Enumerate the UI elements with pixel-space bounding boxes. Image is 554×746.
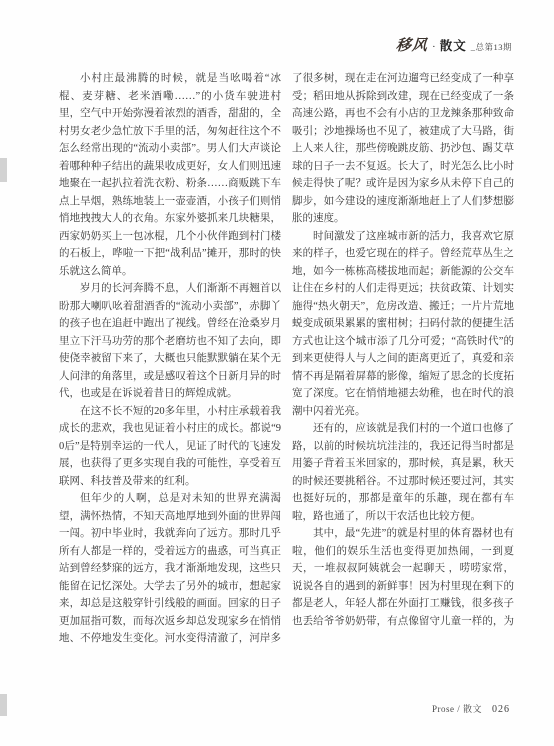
paragraph: 在这不长不短的20多年里，小村庄承载着我成长的悲欢，我也见证着小村庄的成长。都说…: [59, 403, 281, 491]
page-number: 026: [492, 704, 510, 715]
masthead: 移风 · 散文 _总第13期: [396, 34, 512, 55]
left-edge-tab-lower: [0, 694, 7, 716]
magazine-page: 移风 · 散文 _总第13期 小村庄最沸腾的时候，就是当吆喝着“冰棍、麦芽糖、老…: [0, 0, 554, 746]
footer-section-label: Prose / 散文: [432, 702, 482, 715]
masthead-separator: ·: [432, 41, 436, 53]
left-edge-tab-upper: [0, 158, 7, 182]
section-title: 散文: [440, 36, 467, 54]
magazine-logo: 移风: [395, 34, 428, 55]
article-columns: 小村庄最沸腾的时候，就是当吆喝着“冰棍、麦芽糖、老米酒嘞……”的小货车驶进村里，…: [59, 70, 514, 662]
paragraph: 小村庄最沸腾的时候，就是当吆喝着“冰棍、麦芽糖、老米酒嘞……”的小货车驶进村里，…: [59, 70, 281, 280]
paragraph: 还有的，应该就是我们村的一个道口也修了路，以前的时候坑坑洼洼的，我还记得当时都是…: [292, 420, 514, 525]
paragraph: 岁月的长河奔腾不息，人们渐渐不再翘首以盼那大喇叭吆着甜酒香的“流动小卖部”，赤脚…: [59, 280, 281, 403]
page-footer: Prose / 散文 026: [432, 702, 510, 715]
paragraph: 时间激发了这座城市新的活力，我喜欢它原来的样子，也爱它现在的样子。曾经荒草丛生之…: [292, 228, 514, 421]
issue-number: _总第13期: [471, 41, 512, 53]
